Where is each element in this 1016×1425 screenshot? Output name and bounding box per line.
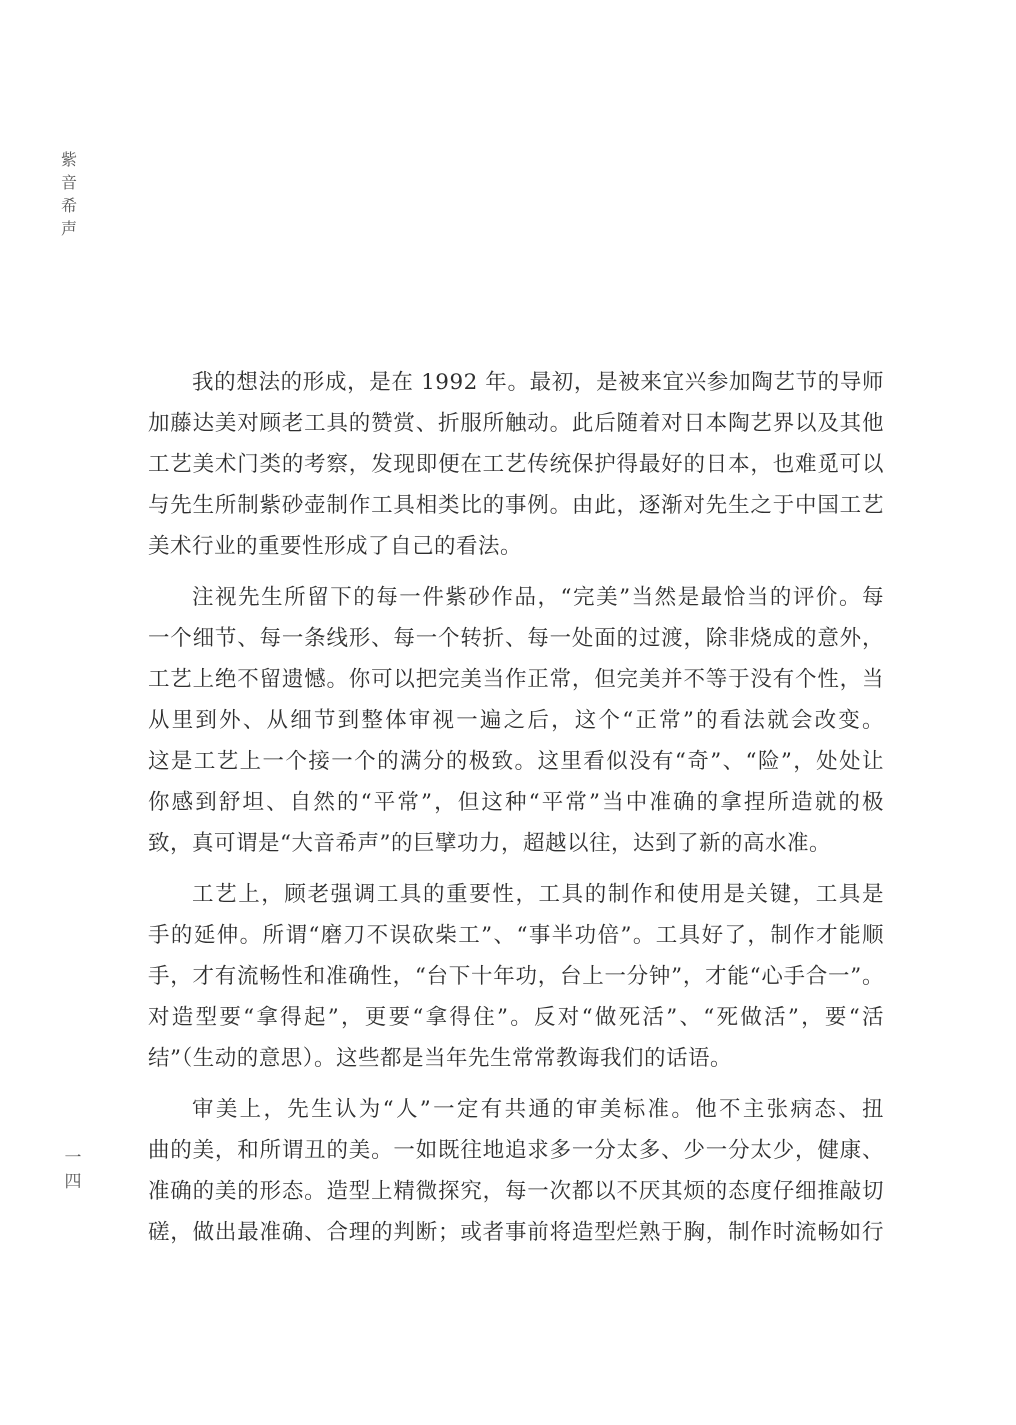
page-number-char: 四 <box>62 1170 84 1194</box>
text-line: 加藤达美对顾老工具的赞赏、折服所触动。此后随着对日本陶艺界以及其他 <box>148 403 884 444</box>
paragraph-2: 注视先生所留下的每一件紫砂作品，“完美”当然是最恰当的评价。每 一个细节、每一条… <box>148 577 884 864</box>
text-line: 曲的美，和所谓丑的美。一如既往地追求多一分太多、少一分太少，健康、 <box>148 1130 884 1171</box>
text-line: 结”（生动的意思）。这些都是当年先生常常教诲我们的话语。 <box>148 1038 884 1079</box>
paragraph-4: 审美上，先生认为“人”一定有共通的审美标准。他不主张病态、扭 曲的美，和所谓丑的… <box>148 1089 884 1253</box>
text-line: 从里到外、从细节到整体审视一遍之后，这个“正常”的看法就会改变。 <box>148 700 884 741</box>
text-line: 你感到舒坦、自然的“平常”，但这种“平常”当中准确的拿捏所造就的极 <box>148 782 884 823</box>
running-title-char: 声 <box>58 217 80 240</box>
text-line: 我的想法的形成，是在 1992 年。最初，是被来宜兴参加陶艺节的导师 <box>148 362 884 403</box>
text-line: 这是工艺上一个接一个的满分的极致。这里看似没有“奇”、“险”，处处让 <box>148 741 884 782</box>
text-line: 美术行业的重要性形成了自己的看法。 <box>148 526 884 567</box>
text-line: 审美上，先生认为“人”一定有共通的审美标准。他不主张病态、扭 <box>148 1089 884 1130</box>
text-line: 致，真可谓是“大音希声”的巨擘功力，超越以往，达到了新的高水准。 <box>148 823 884 864</box>
text-line: 手，才有流畅性和准确性，“台下十年功，台上一分钟”，才能“心手合一”。 <box>148 956 884 997</box>
body-text: 我的想法的形成，是在 1992 年。最初，是被来宜兴参加陶艺节的导师 加藤达美对… <box>148 362 884 1263</box>
text-line: 工艺上，顾老强调工具的重要性，工具的制作和使用是关键，工具是 <box>148 874 884 915</box>
text-line: 手的延伸。所谓“磨刀不误砍柴工”、“事半功倍”。工具好了，制作才能顺 <box>148 915 884 956</box>
text-line: 与先生所制紫砂壶制作工具相类比的事例。由此，逐渐对先生之于中国工艺 <box>148 485 884 526</box>
text-line: 准确的美的形态。造型上精微探究，每一次都以不厌其烦的态度仔细推敲切 <box>148 1171 884 1212</box>
paragraph-3: 工艺上，顾老强调工具的重要性，工具的制作和使用是关键，工具是 手的延伸。所谓“磨… <box>148 874 884 1079</box>
page-number: 一 四 <box>62 1146 84 1194</box>
text-line: 注视先生所留下的每一件紫砂作品，“完美”当然是最恰当的评价。每 <box>148 577 884 618</box>
page-number-char: 一 <box>62 1146 84 1170</box>
text-line: 一个细节、每一条线形、每一个转折、每一处面的过渡，除非烧成的意外， <box>148 618 884 659</box>
running-title-char: 希 <box>58 194 80 217</box>
text-line: 磋，做出最准确、合理的判断；或者事前将造型烂熟于胸，制作时流畅如行 <box>148 1212 884 1253</box>
running-title-char: 紫 <box>58 148 80 171</box>
text-line: 工艺上绝不留遗憾。你可以把完美当作正常，但完美并不等于没有个性，当 <box>148 659 884 700</box>
text-line: 工艺美术门类的考察，发现即便在工艺传统保护得最好的日本，也难觅可以 <box>148 444 884 485</box>
running-title: 紫 音 希 声 <box>58 148 80 240</box>
paragraph-1: 我的想法的形成，是在 1992 年。最初，是被来宜兴参加陶艺节的导师 加藤达美对… <box>148 362 884 567</box>
running-title-char: 音 <box>58 171 80 194</box>
text-line: 对造型要“拿得起”，更要“拿得住”。反对“做死活”、“死做活”，要“活 <box>148 997 884 1038</box>
